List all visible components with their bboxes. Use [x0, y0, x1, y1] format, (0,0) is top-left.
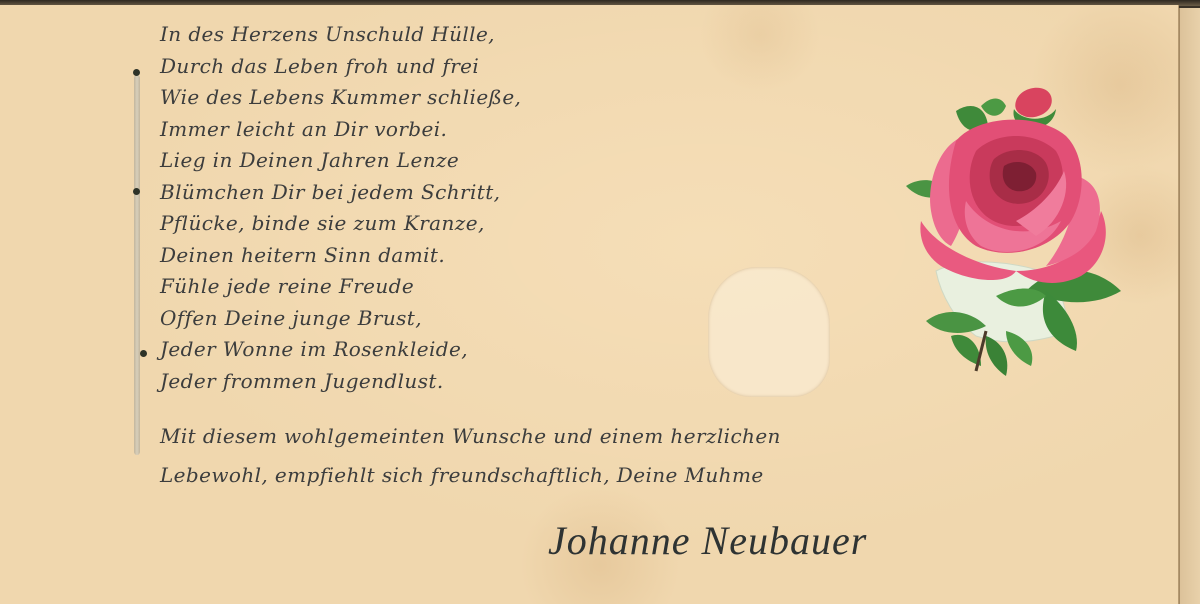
poem-line: Pflücke, binde sie zum Kranze, [160, 208, 700, 240]
poem-line: Immer leicht an Dir vorbei. [160, 114, 700, 146]
album-spread: In des Herzens Unschuld Hülle, Durch das… [0, 0, 1200, 604]
poem-line: Wie des Lebens Kummer schließe, [160, 82, 700, 114]
binding-stitch-icon [133, 188, 140, 195]
poem-line: Blümchen Dir bei jedem Schritt, [160, 177, 700, 209]
paper-stain [708, 267, 830, 397]
poem-line: Deinen heitern Sinn damit. [160, 240, 700, 272]
binding-stitch-icon [133, 69, 140, 76]
poem-line: Jeder frommen Jugendlust. [160, 366, 700, 398]
poem-line: Fühle jede reine Freude [160, 271, 700, 303]
poem-line: In des Herzens Unschuld Hülle, [160, 19, 700, 51]
poem-verses: In des Herzens Unschuld Hülle, Durch das… [160, 19, 700, 397]
poem-line: Offen Deine junge Brust, [160, 303, 700, 335]
dedication-text: Mit diesem wohlgemeinten Wunsche und ein… [160, 417, 1120, 495]
signature: Johanne Neubauer [548, 517, 867, 564]
album-page-edge [1179, 8, 1200, 604]
dedication-line: Mit diesem wohlgemeinten Wunsche und ein… [160, 417, 1120, 456]
binding-stitch-icon [140, 350, 147, 357]
page-binding-gutter [134, 75, 140, 455]
poem-line: Lieg in Deinen Jahren Lenze [160, 145, 700, 177]
dedication-line: Lebewohl, empfiehlt sich freundschaftlic… [160, 456, 1120, 495]
poem-line: Durch das Leben froh und frei [160, 51, 700, 83]
poem-line: Jeder Wonne im Rosenkleide, [160, 334, 700, 366]
rose-icon [896, 81, 1132, 381]
album-page: In des Herzens Unschuld Hülle, Durch das… [0, 5, 1179, 604]
